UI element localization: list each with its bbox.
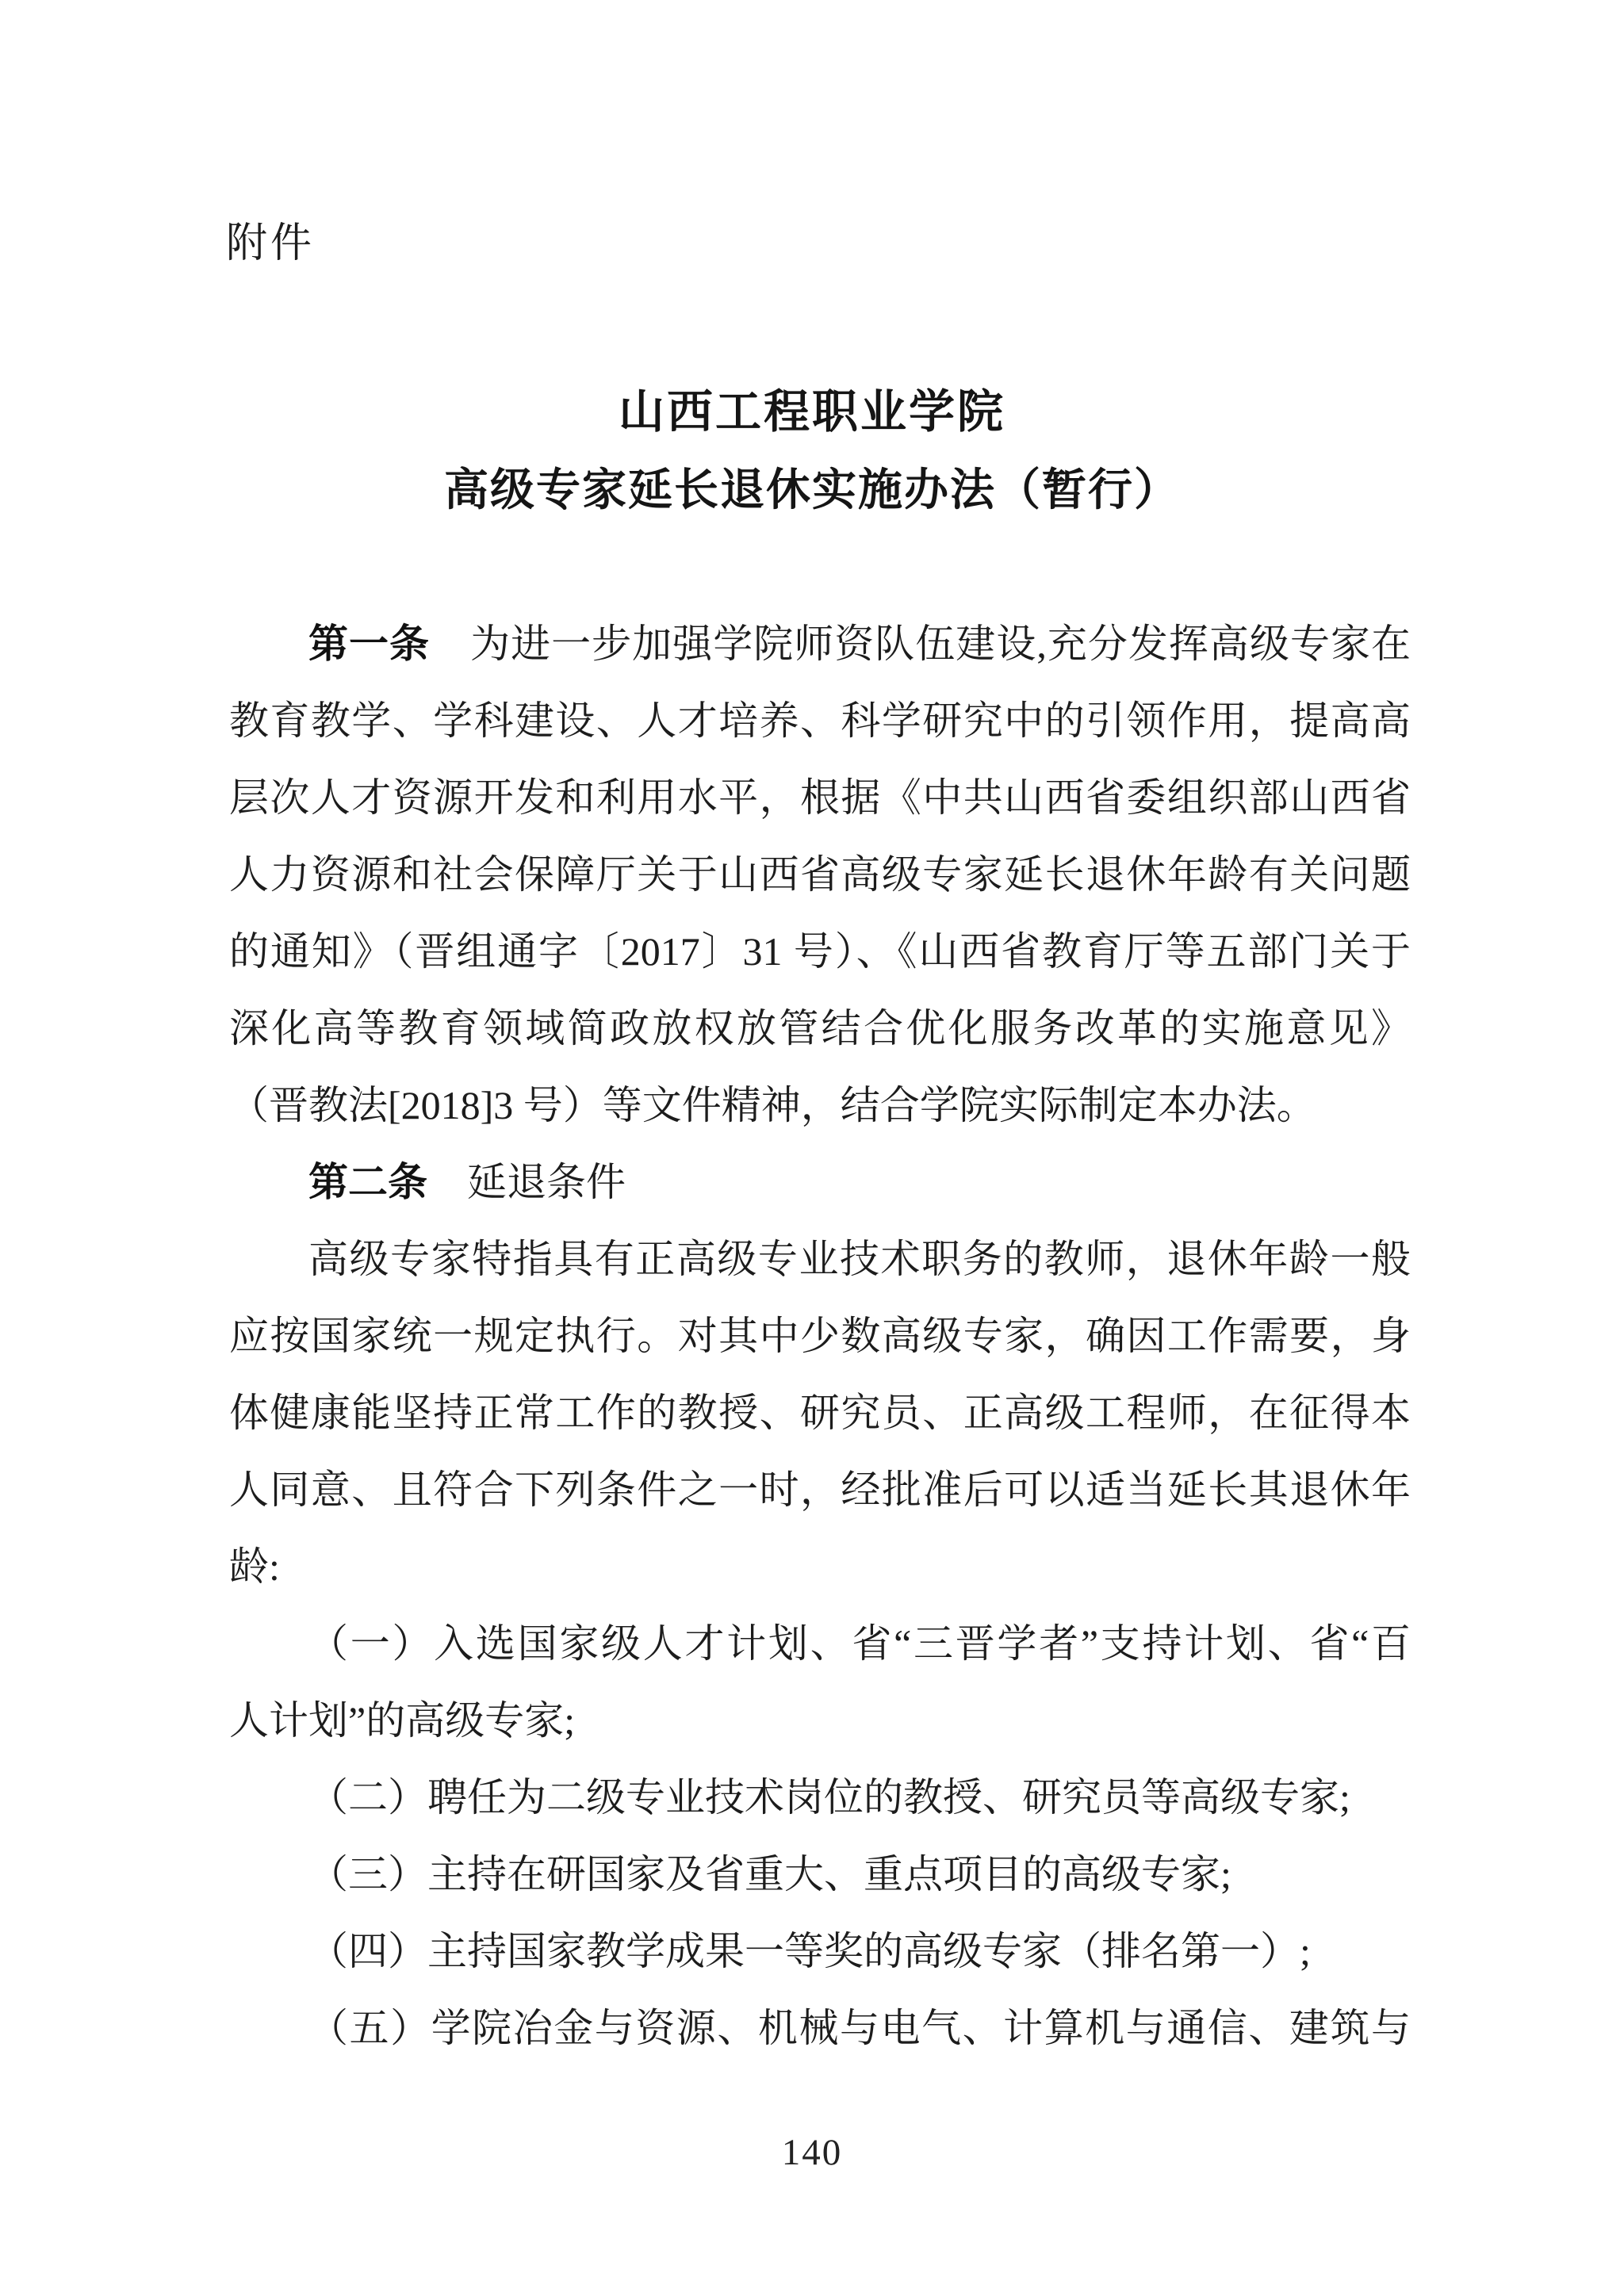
- text-segment: （晋教法[2018]3 号）等文件精神，结合学院实际制定本办法。: [229, 1083, 1316, 1127]
- text-segment: （三）主持在研国家及省重大、重点项目的高级专家;: [308, 1852, 1231, 1896]
- text-segment: （五）学院冶金与资源、机械与电气、计算机与通信、建筑与: [308, 2006, 1411, 2050]
- text-segment: 深化高等教育领域简政放权放管结合优化服务改革的实施意见》: [229, 1006, 1411, 1050]
- text-segment: 人力资源和社会保障厅关于山西省高级专家延长退休年龄有关问题: [229, 852, 1411, 897]
- text-line: 层次人才资源开发和利用水平，根据《中共山西省委组织部山西省: [229, 760, 1411, 836]
- text-line: 深化高等教育领域简政放权放管结合优化服务改革的实施意见》: [229, 990, 1411, 1067]
- attachment-label: 附件: [226, 220, 315, 268]
- body-text: 第一条 为进一步加强学院师资队伍建设,充分发挥高级专家在教育教学、学科建设、人才…: [229, 606, 1411, 2067]
- text-line: 人同意、且符合下列条件之一时，经批准后可以适当延长其退休年: [229, 1452, 1411, 1529]
- text-line: （一）入选国家级人才计划、省“三晋学者”支持计划、省“百: [229, 1605, 1411, 1682]
- text-line: 应按国家统一规定执行。对其中少数高级专家，确因工作需要，身: [229, 1298, 1411, 1375]
- text-segment: （一）入选国家级人才计划、省“三晋学者”支持计划、省“百: [308, 1621, 1411, 1666]
- bold-term: 第一条: [308, 622, 430, 666]
- text-line: 人计划”的高级专家;: [229, 1682, 1411, 1759]
- text-segment: 龄:: [229, 1544, 280, 1589]
- text-line: （晋教法[2018]3 号）等文件精神，结合学院实际制定本办法。: [229, 1067, 1411, 1144]
- text-line: （五）学院冶金与资源、机械与电气、计算机与通信、建筑与: [229, 1990, 1411, 2067]
- text-line: （二）聘任为二级专业技术岗位的教授、研究员等高级专家;: [229, 1759, 1411, 1836]
- text-segment: 高级专家特指具有正高级专业技术职务的教师，退休年龄一般: [308, 1237, 1411, 1281]
- text-segment: 应按国家统一规定执行。对其中少数高级专家，确因工作需要，身: [229, 1314, 1411, 1358]
- text-segment: （二）聘任为二级专业技术岗位的教授、研究员等高级专家;: [308, 1775, 1350, 1820]
- text-line: 龄:: [229, 1529, 1411, 1605]
- text-segment: 体健康能坚持正常工作的教授、研究员、正高级工程师，在征得本: [229, 1391, 1411, 1435]
- text-line: （四）主持国家教学成果一等奖的高级专家（排名第一）;: [229, 1913, 1411, 1990]
- text-segment: 人计划”的高级专家;: [229, 1698, 575, 1743]
- text-line: 教育教学、学科建设、人才培养、科学研究中的引领作用，提高高: [229, 683, 1411, 760]
- text-line: 第一条 为进一步加强学院师资队伍建设,充分发挥高级专家在: [229, 606, 1411, 683]
- text-line: 的通知》（晋组通字〔2017〕31 号）、《山西省教育厅等五部门关于: [229, 913, 1411, 990]
- text-segment: 的通知》（晋组通字〔2017〕31 号）、《山西省教育厅等五部门关于: [229, 929, 1411, 974]
- text-line: 第二条 延退条件: [229, 1144, 1411, 1221]
- page-number: 140: [0, 2131, 1624, 2174]
- text-segment: 教育教学、学科建设、人才培养、科学研究中的引领作用，提高高: [229, 698, 1411, 743]
- text-line: 人力资源和社会保障厅关于山西省高级专家延长退休年龄有关问题: [229, 836, 1411, 913]
- document-title-line-1: 山西工程职业学院: [0, 374, 1624, 441]
- text-segment: 延退条件: [427, 1160, 626, 1204]
- text-line: 高级专家特指具有正高级专业技术职务的教师，退休年龄一般: [229, 1221, 1411, 1298]
- text-segment: 层次人才资源开发和利用水平，根据《中共山西省委组织部山西省: [229, 775, 1411, 820]
- text-segment: （四）主持国家教学成果一等奖的高级专家（排名第一）;: [308, 1929, 1311, 1973]
- scanned-document-page: 附件 山西工程职业学院 高级专家延长退休实施办法（暂行） 第一条 为进一步加强学…: [0, 0, 1624, 2296]
- text-line: （三）主持在研国家及省重大、重点项目的高级专家;: [229, 1836, 1411, 1913]
- document-title-line-2: 高级专家延长退休实施办法（暂行）: [0, 455, 1624, 519]
- text-segment: 人同意、且符合下列条件之一时，经批准后可以适当延长其退休年: [229, 1468, 1411, 1512]
- text-line: 体健康能坚持正常工作的教授、研究员、正高级工程师，在征得本: [229, 1375, 1411, 1452]
- bold-term: 第二条: [308, 1160, 427, 1204]
- text-segment: 为进一步加强学院师资队伍建设,充分发挥高级专家在: [430, 622, 1411, 666]
